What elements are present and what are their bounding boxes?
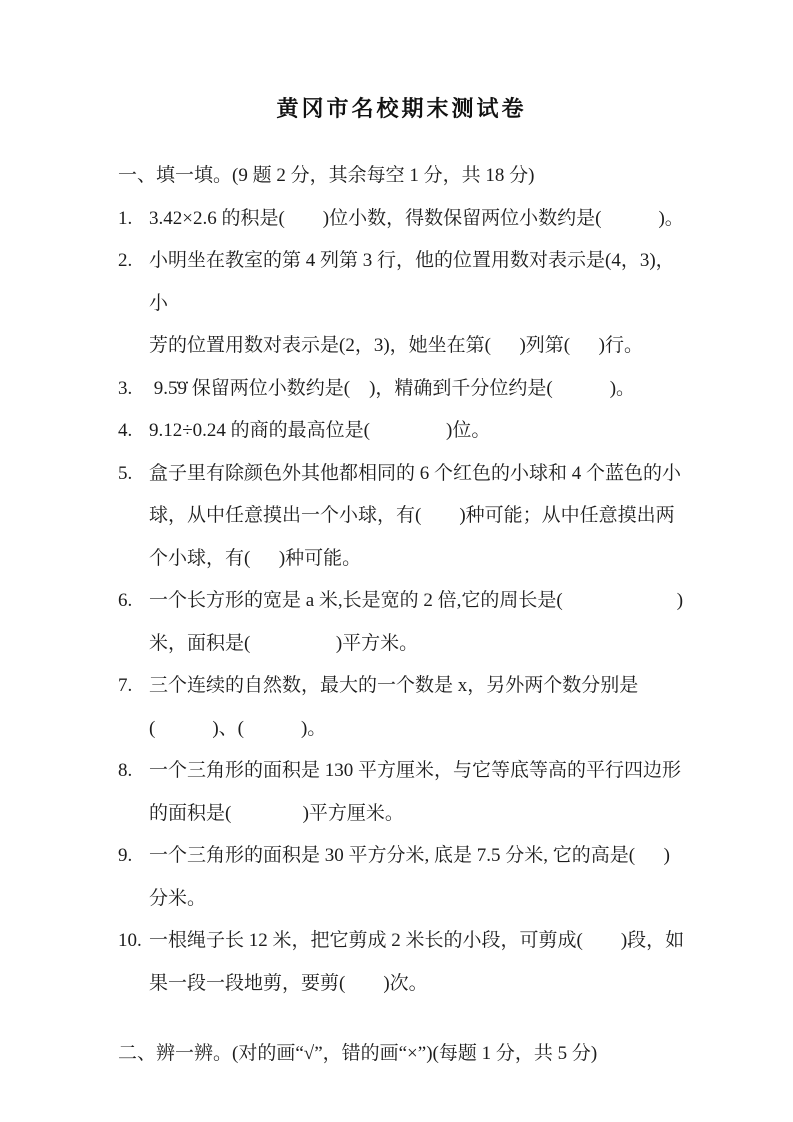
question-9-text: 一个三角形的面积是 30 平方分米, 底是 7.5 分米, 它的高是( ) 分米… bbox=[149, 845, 670, 909]
question-10: 10. 一根绳子长 12 米，把它剪成 2 米长的小段，可剪成( )段，如 果一… bbox=[118, 920, 685, 1005]
question-2-number: 2. bbox=[118, 240, 132, 283]
test-paper-page: 黄冈市名校期末测试卷 一、填一填。(9 题 2 分，其余每空 1 分，共 18 … bbox=[0, 0, 793, 1122]
section1-header: 一、填一填。(9 题 2 分，其余每空 1 分，共 18 分) bbox=[118, 155, 685, 198]
question-5-number: 5. bbox=[118, 453, 132, 496]
question-7: 7. 三个连续的自然数，最大的一个数是 x，另外两个数分别是 ( )、( )。 bbox=[118, 665, 685, 750]
question-4: 4. 9.12÷0.24 的商的最高位是( )位。 bbox=[118, 410, 685, 453]
question-6-number: 6. bbox=[118, 580, 132, 623]
question-5-text: 盒子里有除颜色外其他都相同的 6 个红色的小球和 4 个蓝色的小 球，从中任意摸… bbox=[149, 463, 681, 569]
question-6-text: 一个长方形的宽是 a 米,长是宽的 2 倍,它的周长是( ) 米，面积是( )平… bbox=[149, 590, 683, 654]
question-3-number: 3. bbox=[118, 368, 132, 411]
question-8-text: 一个三角形的面积是 130 平方厘米，与它等底等高的平行四边形 的面积是( )平… bbox=[149, 760, 681, 824]
question-7-number: 7. bbox=[118, 665, 132, 708]
question-6: 6. 一个长方形的宽是 a 米,长是宽的 2 倍,它的周长是( ) 米，面积是(… bbox=[118, 580, 685, 665]
question-2-text: 小明坐在教室的第 4 列第 3 行，他的位置用数对表示是(4，3)，小 芳的位置… bbox=[149, 250, 675, 356]
question-4-number: 4. bbox=[118, 410, 132, 453]
question-9-number: 9. bbox=[118, 835, 132, 878]
question-3: 3. 9.5̇9̇ 保留两位小数约是( )，精确到千分位约是( )。 bbox=[118, 368, 685, 411]
question-10-text: 一根绳子长 12 米，把它剪成 2 米长的小段，可剪成( )段，如 果一段一段地… bbox=[149, 930, 684, 994]
question-4-text: 9.12÷0.24 的商的最高位是( )位。 bbox=[149, 420, 490, 441]
question-1-number: 1. bbox=[118, 198, 132, 241]
question-8-number: 8. bbox=[118, 750, 132, 793]
question-1: 1. 3.42×2.6 的积是( )位小数，得数保留两位小数约是( )。 bbox=[118, 198, 685, 241]
question-10-number: 10. bbox=[118, 920, 142, 963]
question-9: 9. 一个三角形的面积是 30 平方分米, 底是 7.5 分米, 它的高是( )… bbox=[118, 835, 685, 920]
question-1-text: 3.42×2.6 的积是( )位小数，得数保留两位小数约是( )。 bbox=[149, 208, 684, 229]
page-title: 黄冈市名校期末测试卷 bbox=[118, 97, 685, 123]
question-8: 8. 一个三角形的面积是 130 平方厘米，与它等底等高的平行四边形 的面积是(… bbox=[118, 750, 685, 835]
question-7-text: 三个连续的自然数，最大的一个数是 x，另外两个数分别是 ( )、( )。 bbox=[149, 675, 638, 739]
section2-header: 二、辨一辨。(对的画“√”，错的画“×”)(每题 1 分，共 5 分) bbox=[118, 1033, 685, 1076]
question-3-text: 9.5̇9̇ 保留两位小数约是( )，精确到千分位约是( )。 bbox=[149, 378, 635, 399]
question-5: 5. 盒子里有除颜色外其他都相同的 6 个红色的小球和 4 个蓝色的小 球，从中… bbox=[118, 453, 685, 581]
question-2: 2. 小明坐在教室的第 4 列第 3 行，他的位置用数对表示是(4，3)，小 芳… bbox=[118, 240, 685, 368]
